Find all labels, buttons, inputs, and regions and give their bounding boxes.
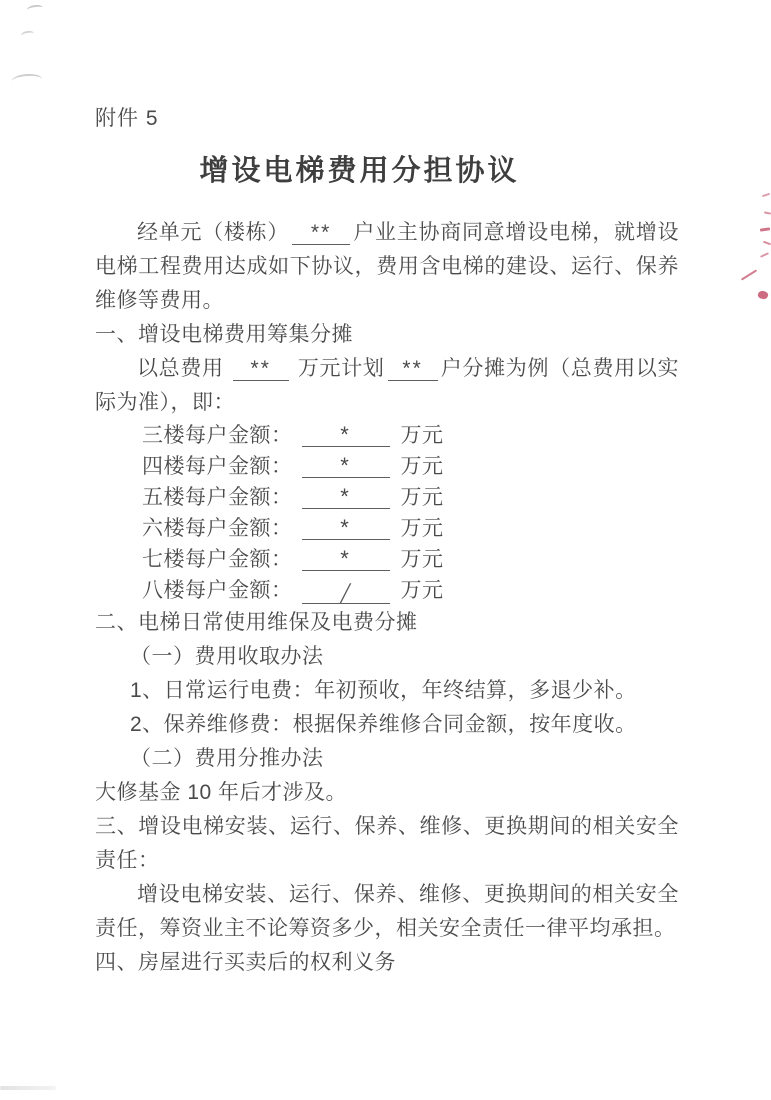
- fill-in-blank-floor7-amount: *: [302, 547, 390, 571]
- cost-text-2: 万元计划: [298, 357, 385, 380]
- floor-unit: 万元: [401, 548, 444, 571]
- red-ink-mark: [741, 269, 757, 280]
- section2-heading: 二、电梯日常使用维保及电费分摊: [95, 606, 679, 640]
- blank-value: **: [311, 221, 331, 244]
- floor-unit: 万元: [401, 455, 444, 478]
- scan-smudge-mark: [27, 4, 44, 14]
- fill-in-blank-household-count: **: [388, 357, 438, 381]
- section1-heading: 一、增设电梯费用筹集分摊: [95, 318, 679, 352]
- red-ink-mark: [760, 252, 769, 258]
- section1-cost-line: 以总费用**万元计划**户分摊为例（总费用以实际为准），即：: [95, 352, 679, 420]
- blank-value: *: [340, 546, 351, 571]
- scan-smudge-mark: [12, 73, 43, 87]
- document-content: 附件 5 增设电梯费用分担协议 经单元（楼栋）**户业主协商同意增设电梯，就增设…: [95, 104, 679, 980]
- scan-smudge-mark: [0, 1086, 56, 1090]
- floor-unit: 万元: [401, 579, 444, 602]
- document-title: 增设电梯费用分担协议: [95, 150, 624, 192]
- red-ink-mark: [763, 241, 771, 246]
- section2-item2: 2、保养维修费：根据保养维修合同金额，按年度收。: [130, 708, 679, 742]
- fill-in-blank-total-cost: **: [233, 357, 289, 381]
- floor-label: 七楼每户金额：: [142, 548, 293, 571]
- fill-in-blank-unit-count: **: [292, 221, 350, 245]
- floor-amount-row: 四楼每户金额：*万元: [142, 451, 679, 482]
- floor-label: 八楼每户金额：: [142, 579, 293, 602]
- floor-amount-row: 六楼每户金额：*万元: [142, 513, 679, 544]
- floor-amount-row: 七楼每户金额：*万元: [142, 544, 679, 575]
- blank-value: *: [340, 515, 351, 540]
- floor-label: 三楼每户金额：: [142, 424, 293, 447]
- intro-text-before-blank: 经单元（楼栋）: [137, 221, 289, 244]
- floor-label: 五楼每户金额：: [142, 486, 293, 509]
- blank-value-slash-mark: ╱: [340, 582, 350, 605]
- red-ink-mark: [757, 290, 769, 301]
- blank-value: **: [251, 357, 271, 380]
- intro-paragraph: 经单元（楼栋）**户业主协商同意增设电梯，就增设电梯工程费用达成如下协议，费用含…: [95, 216, 679, 318]
- blank-value: **: [402, 357, 422, 380]
- blank-value: *: [340, 484, 351, 509]
- fill-in-blank-floor8-amount: ╱: [302, 578, 390, 604]
- floor-unit: 万元: [401, 486, 444, 509]
- section3-body: 增设电梯安装、运行、保养、维修、更换期间的相关安全责任，筹资业主不论筹资多少，相…: [95, 878, 679, 946]
- section2-sub2: （二）费用分推办法: [130, 742, 679, 776]
- attachment-label: 附件 5: [95, 104, 679, 134]
- scan-smudge-mark: [20, 30, 34, 39]
- blank-value: *: [340, 422, 351, 447]
- blank-value: *: [340, 453, 351, 478]
- floor-unit: 万元: [401, 424, 444, 447]
- fill-in-blank-floor4-amount: *: [302, 454, 390, 478]
- red-ink-margin-marks: [737, 192, 771, 322]
- section2-item1: 1、日常运行电费：年初预收，年终结算，多退少补。: [130, 674, 679, 708]
- fill-in-blank-floor3-amount: *: [302, 423, 390, 447]
- section2-note: 大修基金 10 年后才涉及。: [95, 776, 679, 810]
- cost-text-1: 以总费用: [137, 357, 224, 380]
- floor-amount-row: 八楼每户金额：╱万元: [142, 575, 679, 606]
- red-ink-mark: [760, 227, 770, 231]
- section3-heading: 三、增设电梯安装、运行、保养、维修、更换期间的相关安全责任：: [95, 810, 679, 878]
- floor-unit: 万元: [401, 517, 444, 540]
- red-ink-mark: [764, 211, 771, 214]
- red-ink-mark: [762, 193, 770, 197]
- fill-in-blank-floor5-amount: *: [302, 485, 390, 509]
- floor-amount-row: 五楼每户金额：*万元: [142, 482, 679, 513]
- fill-in-blank-floor6-amount: *: [302, 516, 390, 540]
- scanned-document-page: 附件 5 增设电梯费用分担协议 经单元（楼栋）**户业主协商同意增设电梯，就增设…: [0, 0, 771, 1100]
- floor-label: 六楼每户金额：: [142, 517, 293, 540]
- section2-sub1: （一）费用收取办法: [130, 640, 679, 674]
- floor-amount-row: 三楼每户金额：*万元: [142, 420, 679, 451]
- floor-label: 四楼每户金额：: [142, 455, 293, 478]
- section4-heading: 四、房屋进行买卖后的权利义务: [95, 946, 679, 980]
